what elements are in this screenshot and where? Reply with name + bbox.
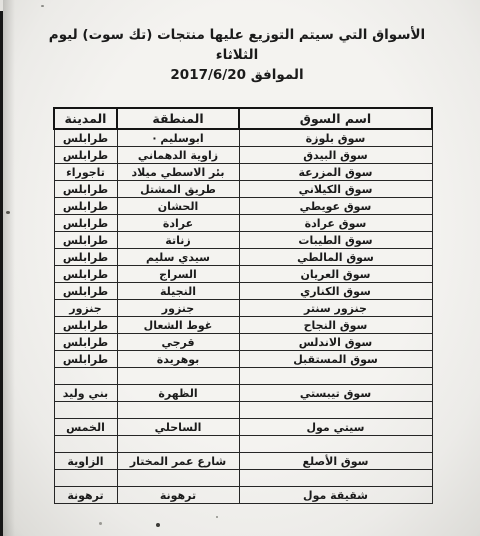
- cell-region: ابوسليم ·: [117, 129, 239, 147]
- scan-edge-shadow: [3, 0, 15, 536]
- title-line-2: الموافق 2017/6/20: [40, 65, 434, 85]
- cell-market-name: سيتي مول: [239, 419, 432, 436]
- cell-market-name: سوق تيبستي: [239, 385, 432, 402]
- cell-city: طرابلس: [54, 351, 117, 368]
- cell-city: ترهونة: [54, 487, 117, 504]
- cell-region: زاوية الدهماني: [117, 147, 239, 164]
- cell-region: النجيلة: [117, 283, 239, 300]
- cell-city: طرابلس: [54, 215, 117, 232]
- cell-market-name: سوق عرادة: [239, 215, 432, 232]
- scanned-document-page: الأسواق التي سيتم التوزيع عليها منتجات (…: [0, 0, 480, 536]
- cell-city: طرابلس: [54, 249, 117, 266]
- cell-region: بوهريدة: [117, 351, 239, 368]
- cell-city: [54, 368, 117, 385]
- table-row: [54, 402, 432, 419]
- table-row: [54, 368, 432, 385]
- table-row: سوق الطيباتزناتةطرابلس: [54, 232, 432, 249]
- cell-city: طرابلس: [54, 317, 117, 334]
- cell-city: طرابلس: [54, 232, 117, 249]
- cell-region: [117, 368, 239, 385]
- column-header-region: المنطقة: [117, 108, 239, 129]
- cell-market-name: سوق عويطي: [239, 198, 432, 215]
- table-header-row: اسم السوق المنطقة المدينة: [54, 108, 432, 129]
- cell-region: السراج: [117, 266, 239, 283]
- cell-region: قرجي: [117, 334, 239, 351]
- cell-market-name: جنزور سنتر: [239, 300, 432, 317]
- cell-market-name: سوق الاندلس: [239, 334, 432, 351]
- cell-market-name: سوق العريان: [239, 266, 432, 283]
- table-row: سوق الكناريالنجيلةطرابلس: [54, 283, 432, 300]
- cell-market-name: سوق المستقبل: [239, 351, 432, 368]
- cell-city: طرابلس: [54, 129, 117, 147]
- cell-region: عرادة: [117, 215, 239, 232]
- cell-market-name: سوق المالطي: [239, 249, 432, 266]
- cell-market-name: سوق الكيلاني: [239, 181, 432, 198]
- table-body: سوق بلوزةابوسليم ·طرابلسسوق البيدقزاوية …: [54, 129, 432, 504]
- cell-market-name: سوق النجاح: [239, 317, 432, 334]
- cell-region: الحشان: [117, 198, 239, 215]
- cell-city: [54, 402, 117, 419]
- cell-region: شارع عمر المختار: [117, 453, 239, 470]
- table-row: سوق العريانالسراجطرابلس: [54, 266, 432, 283]
- title-line-1: الأسواق التي سيتم التوزيع عليها منتجات (…: [40, 25, 434, 65]
- cell-city: طرابلس: [54, 334, 117, 351]
- table-row: سوق عويطيالحشانطرابلس: [54, 198, 432, 215]
- table-row: سوق تيبستيالظهرةبني وليد: [54, 385, 432, 402]
- cell-region: زناتة: [117, 232, 239, 249]
- markets-table: اسم السوق المنطقة المدينة سوق بلوزةابوسل…: [53, 107, 433, 504]
- cell-region: [117, 470, 239, 487]
- cell-city: تاجوراء: [54, 164, 117, 181]
- cell-city: طرابلس: [54, 283, 117, 300]
- table-row: سوق الاندلسقرجيطرابلس: [54, 334, 432, 351]
- table-row: [54, 436, 432, 453]
- cell-region: بئر الاسطي ميلاد: [117, 164, 239, 181]
- cell-city: طرابلس: [54, 266, 117, 283]
- cell-region: جنزور: [117, 300, 239, 317]
- cell-city: طرابلس: [54, 181, 117, 198]
- table-row: سوق المزرعةبئر الاسطي ميلادتاجوراء: [54, 164, 432, 181]
- cell-city: الزاوية: [54, 453, 117, 470]
- table-row: سوق النجاحغوط الشعالطرابلس: [54, 317, 432, 334]
- cell-region: طريق المشتل: [117, 181, 239, 198]
- table-row: سوق المالطيسيدي سليمطرابلس: [54, 249, 432, 266]
- cell-city: جنزور: [54, 300, 117, 317]
- table-row: سيتي مولالساحليالخمس: [54, 419, 432, 436]
- scan-speck: [41, 5, 44, 7]
- cell-region: الساحلي: [117, 419, 239, 436]
- table-row: سوق الكيلانيطريق المشتلطرابلس: [54, 181, 432, 198]
- table-row: [54, 470, 432, 487]
- cell-region: غوط الشعال: [117, 317, 239, 334]
- table-row: سوق المستقبلبوهريدةطرابلس: [54, 351, 432, 368]
- cell-region: الظهرة: [117, 385, 239, 402]
- cell-city: طرابلس: [54, 147, 117, 164]
- cell-region: [117, 436, 239, 453]
- cell-region: ترهونة: [117, 487, 239, 504]
- scan-speck: [6, 211, 10, 214]
- table-row: سوق الأصلعشارع عمر المختارالزاوية: [54, 453, 432, 470]
- column-header-market-name: اسم السوق: [239, 108, 432, 129]
- scan-speck: [156, 523, 160, 527]
- cell-market-name: سوق الكناري: [239, 283, 432, 300]
- cell-city: [54, 436, 117, 453]
- scan-speck: [99, 522, 102, 525]
- cell-market-name: [239, 402, 432, 419]
- cell-market-name: شقيقة مول: [239, 487, 432, 504]
- cell-city: بني وليد: [54, 385, 117, 402]
- cell-market-name: سوق الطيبات: [239, 232, 432, 249]
- cell-market-name: [239, 436, 432, 453]
- cell-region: [117, 402, 239, 419]
- table-row: سوق البيدقزاوية الدهمانيطرابلس: [54, 147, 432, 164]
- table-row: جنزور سنترجنزورجنزور: [54, 300, 432, 317]
- table-row: سوق عرادةعرادةطرابلس: [54, 215, 432, 232]
- scan-speck: [216, 516, 218, 518]
- document-title: الأسواق التي سيتم التوزيع عليها منتجات (…: [40, 25, 434, 85]
- cell-market-name: سوق البيدق: [239, 147, 432, 164]
- cell-region: سيدي سليم: [117, 249, 239, 266]
- cell-market-name: سوق المزرعة: [239, 164, 432, 181]
- column-header-city: المدينة: [54, 108, 117, 129]
- cell-market-name: سوق الأصلع: [239, 453, 432, 470]
- cell-city: طرابلس: [54, 198, 117, 215]
- cell-city: الخمس: [54, 419, 117, 436]
- cell-market-name: [239, 470, 432, 487]
- cell-market-name: سوق بلوزة: [239, 129, 432, 147]
- cell-market-name: [239, 368, 432, 385]
- cell-city: [54, 470, 117, 487]
- table-row: سوق بلوزةابوسليم ·طرابلس: [54, 129, 432, 147]
- table-row: شقيقة مولترهونةترهونة: [54, 487, 432, 504]
